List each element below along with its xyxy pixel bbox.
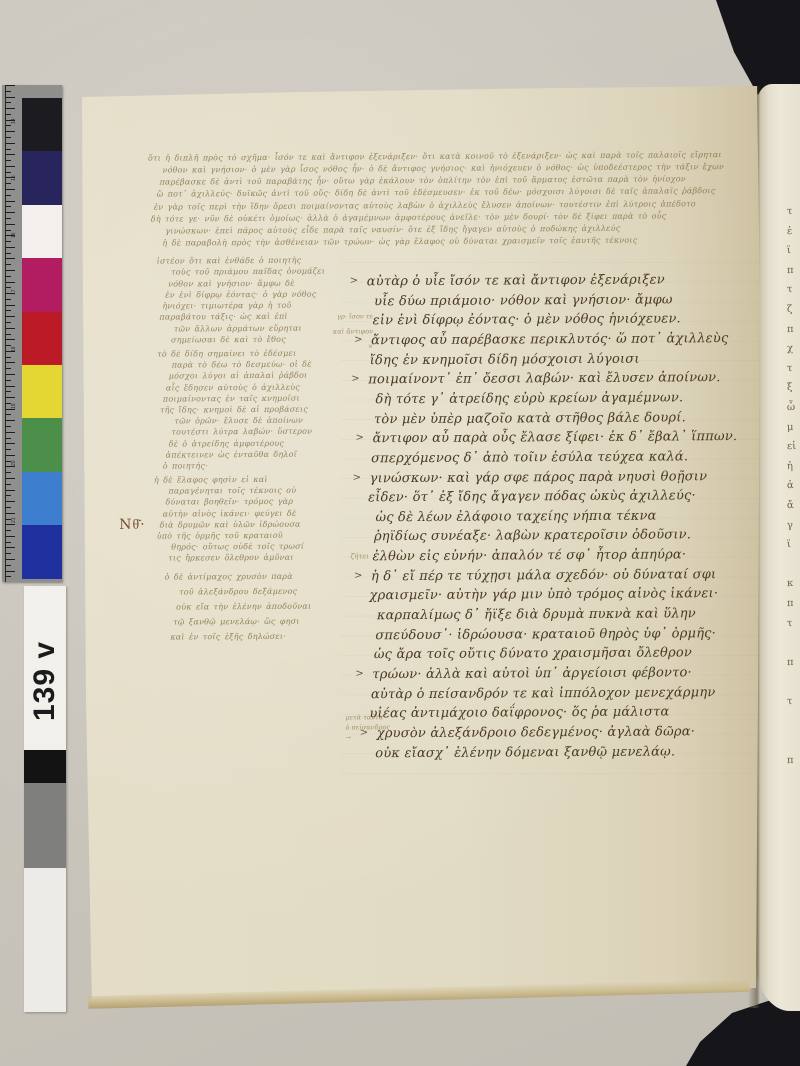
verse-line: υἱέας ἀντιμάχοιο δαΐφρονος· ὅς ῥα μάλιστ… [369,705,669,726]
verse-text: ἄντιφος αὖ παρέβασκε περικλυτός· ὥ ποτ᾽ … [371,331,728,348]
verse-line: ἴδης ἐν κνημοῖσι δίδη μόσχοισι λύγοισι [370,351,640,372]
verse-line: >ἡ δ᾽ εἴ πέρ τε τύχῃσι μάλα σχεδόν· οὐ δ… [371,567,716,588]
verse-line: >τρώων· ἀλλὰ καὶ αὐτοὶ ὑπ᾽ ἀργείοισι φέβ… [372,665,692,686]
scholia-line: σημείωσαι δὲ καὶ τὸ ἔθος [171,333,355,345]
diple-mark: > [353,472,362,483]
diple-mark: > [355,668,364,679]
color-patch [22,205,62,258]
color-patches [22,98,62,579]
label-strip-white-segment [24,868,66,1012]
verse-text: εἶδεν· ὅτ᾽ ἐξ ἴδης ἄγαγεν πόδας ὠκὺς ἀχι… [368,488,696,505]
scholia-line: τοῦ ἀλεξάνδρου δεξάμενος [179,583,363,599]
verse-line: εἰν ἑνὶ δίφρῳ ἐόντας· ὁ μὲν νόθος ἡνιόχε… [373,312,681,333]
verse-line: δὴ τότε γ᾽ ἀτρείδης εὐρὺ κρείων ἀγαμέμνω… [375,390,683,411]
margin-note-line: καὶ ἄντιφον [331,324,373,339]
verse-line: εἶδεν· ὅτ᾽ ἐξ ἴδης ἄγαγεν πόδας ὠκὺς ἀχι… [368,488,696,509]
verse-text: οὐκ εἴασχ᾽ ἑλένην δόμεναι ξανθῷ μενελάῳ. [375,744,675,761]
color-calibration-bar: 1415161718192021 [2,85,62,582]
verse-text: δὴ τότε γ᾽ ἀτρείδης εὐρὺ κρείων ἀγαμέμνω… [375,390,683,407]
verse-line: ἐλθὼν εἰς εὐνήν· ἁπαλόν τέ σφ᾽ ἦτορ ἀπηύ… [372,547,686,568]
diple-mark: > [354,570,363,581]
verse-text: γινώσκων· καὶ γάρ σφε πάρος παρὰ νηυσὶ θ… [370,469,708,486]
verse-line: >ποιμαίνοντ᾽ ἐπ᾽ ὄεσσι λαβών· καὶ ἔλυσεν… [368,370,721,391]
scholia-line: οὐκ εἴα τὴν ἑλένην ἀποδοῦναι [176,598,363,614]
verse-text: αὐτὰρ ὁ πείσανδρόν τε καὶ ἱππόλοχον μενε… [371,685,716,702]
folio-label-strip: 139 v [24,586,66,1012]
verse-text: ἡ δ᾽ εἴ πέρ τε τύχῃσι μάλα σχεδόν· οὐ δύ… [371,567,716,584]
verse-line: >ἄντιφον αὖ παρὰ οὖς ἔλασε ξίφει· ἐκ δ᾽ … [372,429,737,450]
ruler-number: 17 [11,283,17,295]
scholia-left-upper-block: ἰστέον ὅτι καὶ ἐνθάδε ὁ ποιητὴςτοὺς τοῦ … [157,254,356,346]
verse-text: ποιμαίνοντ᾽ ἐπ᾽ ὄεσσι λαβών· καὶ ἔλυσεν … [368,370,720,387]
diple-mark: > [351,374,360,385]
verse-line: τὸν μὲν ὑπὲρ μαζοῖο κατὰ στῆθος βάλε δου… [374,410,686,431]
verse-text: χρυσὸν ἀλεξάνδροιο δεδεγμένος· ἀγλαὰ δῶρ… [377,724,695,741]
ruler-number: 16 [11,226,17,238]
margin-note-line: ζήτει [350,552,368,560]
scholia-line: ὁ ποιητής· [163,459,356,471]
folio-number-label: 139 v [28,641,62,721]
margin-note-small: γρ· ἴσον τεκαὶ ἄντιφον× [331,309,373,354]
label-strip-gray-segment [24,783,66,868]
ink-layer: ὅτι ἡ διπλῆ πρὸς τὸ σχῆμα· ἶσόν τε καὶ ἄ… [0,0,800,1066]
scholia-left-lower-block: ἡ δὲ ἔλαφος φησὶν εἰ καὶπαραγένηται τοῖς… [154,473,355,564]
ruler-number: 20 [11,454,17,466]
ruler-number: 14 [11,112,17,124]
scholia-line: καὶ ἐν τοῖς ἑξῆς δηλώσει· [170,628,363,644]
verse-text: ἐλθὼν εἰς εὐνήν· ἁπαλόν τέ σφ᾽ ἦτορ ἀπηύ… [372,547,686,564]
scholia-line: ὁ δὲ ἀντίμαχος χρυσὸν παρὰ [165,568,363,584]
verse-line: οὐκ εἴασχ᾽ ἑλένην δόμεναι ξανθῷ μενελάῳ. [375,744,675,765]
verse-text: τρώων· ἀλλὰ καὶ αὐτοὶ ὑπ᾽ ἀργείοισι φέβο… [372,665,692,682]
ruler-number: 19 [11,397,17,409]
verse-line: σπερχόμενος δ᾽ ἀπὸ τοῖιν ἐσύλα τεύχεα κα… [371,449,688,470]
verse-text: σπεύδουσ᾽· ἱδρώουσα· κραταιοῦ θηρὸς ὑφ᾽ … [375,626,716,643]
verse-line: σπεύδουσ᾽· ἱδρώουσα· κραταιοῦ θηρὸς ὑφ᾽ … [375,626,716,647]
color-patch [22,365,62,418]
color-patch [22,258,62,311]
diple-mark: > [356,433,365,444]
verse-text: υἷε δύω πριάμοιο· νόθον καὶ γνήσιον· ἄμφ… [374,292,673,309]
main-text-column: >αὐτὰρ ὁ υἷε ἴσόν τε καὶ ἄντιφον ἐξενάρι… [369,0,756,1066]
color-patch [22,525,62,578]
scholia-line: τις ἤρκεσεν ὄλεθρον ἀμῦναι [168,552,354,564]
ruler-number: 18 [11,340,17,352]
verse-text: αὐτὰρ ὁ υἷε ἴσόν τε καὶ ἄντιφον ἐξενάριξ… [367,273,665,290]
color-patch [22,312,62,365]
verse-line: καρπαλίμως δ᾽ ἤϊξε διὰ δρυμὰ πυκνὰ καὶ ὕ… [377,606,696,627]
verse-line: >αὐτὰρ ὁ υἷε ἴσόν τε καὶ ἄντιφον ἐξενάρι… [367,273,665,294]
verse-text: υἱέας ἀντιμάχοιο δαΐφρονος· ὅς ῥα μάλιστ… [369,705,669,722]
margin-note-line: γρ· ἴσον τε [331,309,373,324]
color-patch [22,98,62,151]
ruler-ticks [2,85,22,582]
verse-line: ὡς ἄρα τοῖς οὔτις δύνατο χραισμῆσαι ὄλεθ… [374,646,692,667]
verse-text: ῥηϊδίως συνέαξε· λαβὼν κρατεροῖσιν ὀδοῦσ… [374,528,691,545]
verse-text: σπερχόμενος δ᾽ ἀπὸ τοῖιν ἐσύλα τεύχεα κα… [371,449,688,466]
verse-text: εἰν ἑνὶ δίφρῳ ἐόντας· ὁ μὲν νόθος ἡνιόχε… [373,312,681,329]
scholia-left-middle-block: τὸ δὲ δίδη σημαίνει τὸ ἐδέσμειπαρὰ τὸ δέ… [157,347,356,471]
verse-text: καρπαλίμως δ᾽ ἤϊξε διὰ δρυμὰ πυκνὰ καὶ ὕ… [377,606,696,623]
label-strip-white-segment: 139 v [24,586,66,750]
verse-line: ὡς δὲ λέων ἐλάφοιο ταχείης νήπια τέκνα [375,508,656,529]
margin-note-line: × [331,339,373,354]
margin-note-small: ζήτει [350,552,368,560]
scholia-line: τῷ ξανθῷ μενελάῳ· ὥς φησι [173,613,363,629]
scholia-left-bottom-block: ὁ δὲ ἀντίμαχος χρυσὸν παρὰτοῦ ἀλεξάνδρου… [165,568,363,644]
manuscript-photo: τἐϊπτζπχτξὦμεἰἠἀἄγϊκπτπτπ ὅτι ἡ διπλῆ πρ… [0,0,800,1066]
color-patch [22,151,62,204]
verse-line: ῥηϊδίως συνέαξε· λαβὼν κρατεροῖσιν ὀδοῦσ… [374,528,691,549]
color-patch [22,472,62,525]
verse-line: υἷε δύω πριάμοιο· νόθον καὶ γνήσιον· ἄμφ… [374,292,673,313]
verse-text: ὡς ἄρα τοῖς οὔτις δύνατο χραισμῆσαι ὄλεθ… [374,646,692,663]
diple-mark: > [354,334,363,345]
verse-line: >ἄντιφος αὖ παρέβασκε περικλυτός· ὥ ποτ᾽… [371,331,728,352]
verse-text: ὡς δὲ λέων ἐλάφοιο ταχείης νήπια τέκνα [375,508,656,525]
ruler-number: 21 [11,511,17,523]
verse-text: ἴδης ἐν κνημοῖσι δίδη μόσχοισι λύγοισι [370,351,640,368]
verse-line: χραισμεῖν· αὐτὴν γάρ μιν ὑπὸ τρόμος αἰνὸ… [369,587,718,608]
verse-line: αὐτὰρ ὁ πείσανδρόν τε καὶ ἱππόλοχον μενε… [371,685,716,706]
verse-text: τὸν μὲν ὑπὲρ μαζοῖο κατὰ στῆθος βάλε δου… [374,410,686,427]
diple-mark: > [360,727,369,738]
verse-line: >χρυσὸν ἀλεξάνδροιο δεδεγμένος· ἀγλαὰ δῶ… [377,724,695,745]
color-patch [22,418,62,471]
verse-line: >γινώσκων· καὶ γάρ σφε πάρος παρὰ νηυσὶ … [370,469,708,490]
verse-text: χραισμεῖν· αὐτὴν γάρ μιν ὑπὸ τρόμος αἰνὸ… [369,587,718,604]
book-number-mark: Νθ͂· [119,517,146,534]
label-strip-black-segment [24,750,66,783]
verse-text: ἄντιφον αὖ παρὰ οὖς ἔλασε ξίφει· ἐκ δ᾽ ἔ… [372,429,737,446]
diple-mark: > [350,275,359,286]
ruler-number: 15 [11,169,17,181]
